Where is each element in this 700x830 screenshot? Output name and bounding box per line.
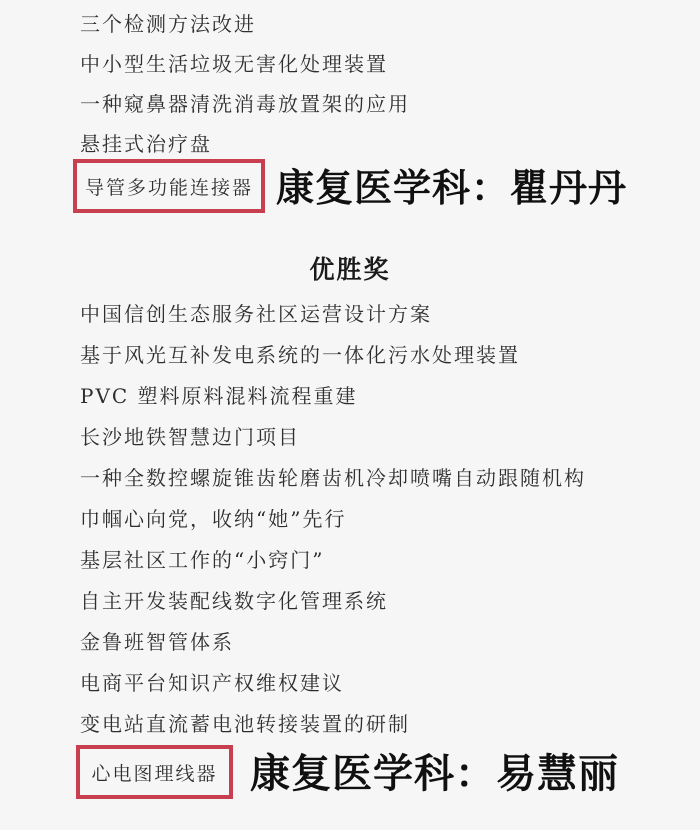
award-item: 基于风光互补发电系统的一体化污水处理装置 [80, 333, 700, 374]
section-heading: 优胜奖 [0, 255, 700, 285]
highlight-row-second: 心电图理线器 康复医学科：易慧丽 [0, 743, 700, 807]
award-item: 三个检测方法改进 [80, 2, 700, 42]
department-annotation-first: 康复医学科：瞿丹丹 [276, 165, 627, 213]
award-item: 自主开发装配线数字化管理系统 [80, 579, 700, 620]
top-award-list: 三个检测方法改进 中小型生活垃圾无害化处理装置 一种窥鼻器清洗消毒放置架的应用 … [0, 0, 700, 162]
award-item: 变电站直流蓄电池转接装置的研制 [80, 702, 700, 743]
highlight-box-second: 心电图理线器 [76, 745, 233, 799]
award-item: PVC 塑料原料混料流程重建 [80, 374, 700, 415]
award-item: 基层社区工作的“小窍门” [80, 538, 700, 579]
award-item: 中国信创生态服务社区运营设计方案 [80, 292, 700, 333]
boxed-award-item: 导管多功能连接器 [85, 173, 253, 200]
boxed-award-item: 心电图理线器 [91, 759, 217, 786]
award-item: 金鲁班智管体系 [80, 620, 700, 661]
award-item: 长沙地铁智慧边门项目 [80, 415, 700, 456]
highlight-row-first: 导管多功能连接器 康复医学科：瞿丹丹 [0, 162, 700, 222]
award-document: 三个检测方法改进 中小型生活垃圾无害化处理装置 一种窥鼻器清洗消毒放置架的应用 … [0, 0, 700, 830]
highlight-box-first: 导管多功能连接器 [73, 159, 265, 213]
winner-award-list: 中国信创生态服务社区运营设计方案 基于风光互补发电系统的一体化污水处理装置 PV… [0, 285, 700, 743]
award-item: 一种全数控螺旋锥齿轮磨齿机冷却喷嘴自动跟随机构 [80, 456, 700, 497]
department-annotation-second: 康复医学科：易慧丽 [250, 749, 619, 799]
award-item: 一种窥鼻器清洗消毒放置架的应用 [80, 82, 700, 122]
award-item: 巾帼心向党，收纳“她”先行 [80, 497, 700, 538]
award-item: 中小型生活垃圾无害化处理装置 [80, 42, 700, 82]
award-item: 电商平台知识产权维权建议 [80, 661, 700, 702]
award-item: 悬挂式治疗盘 [80, 122, 700, 162]
